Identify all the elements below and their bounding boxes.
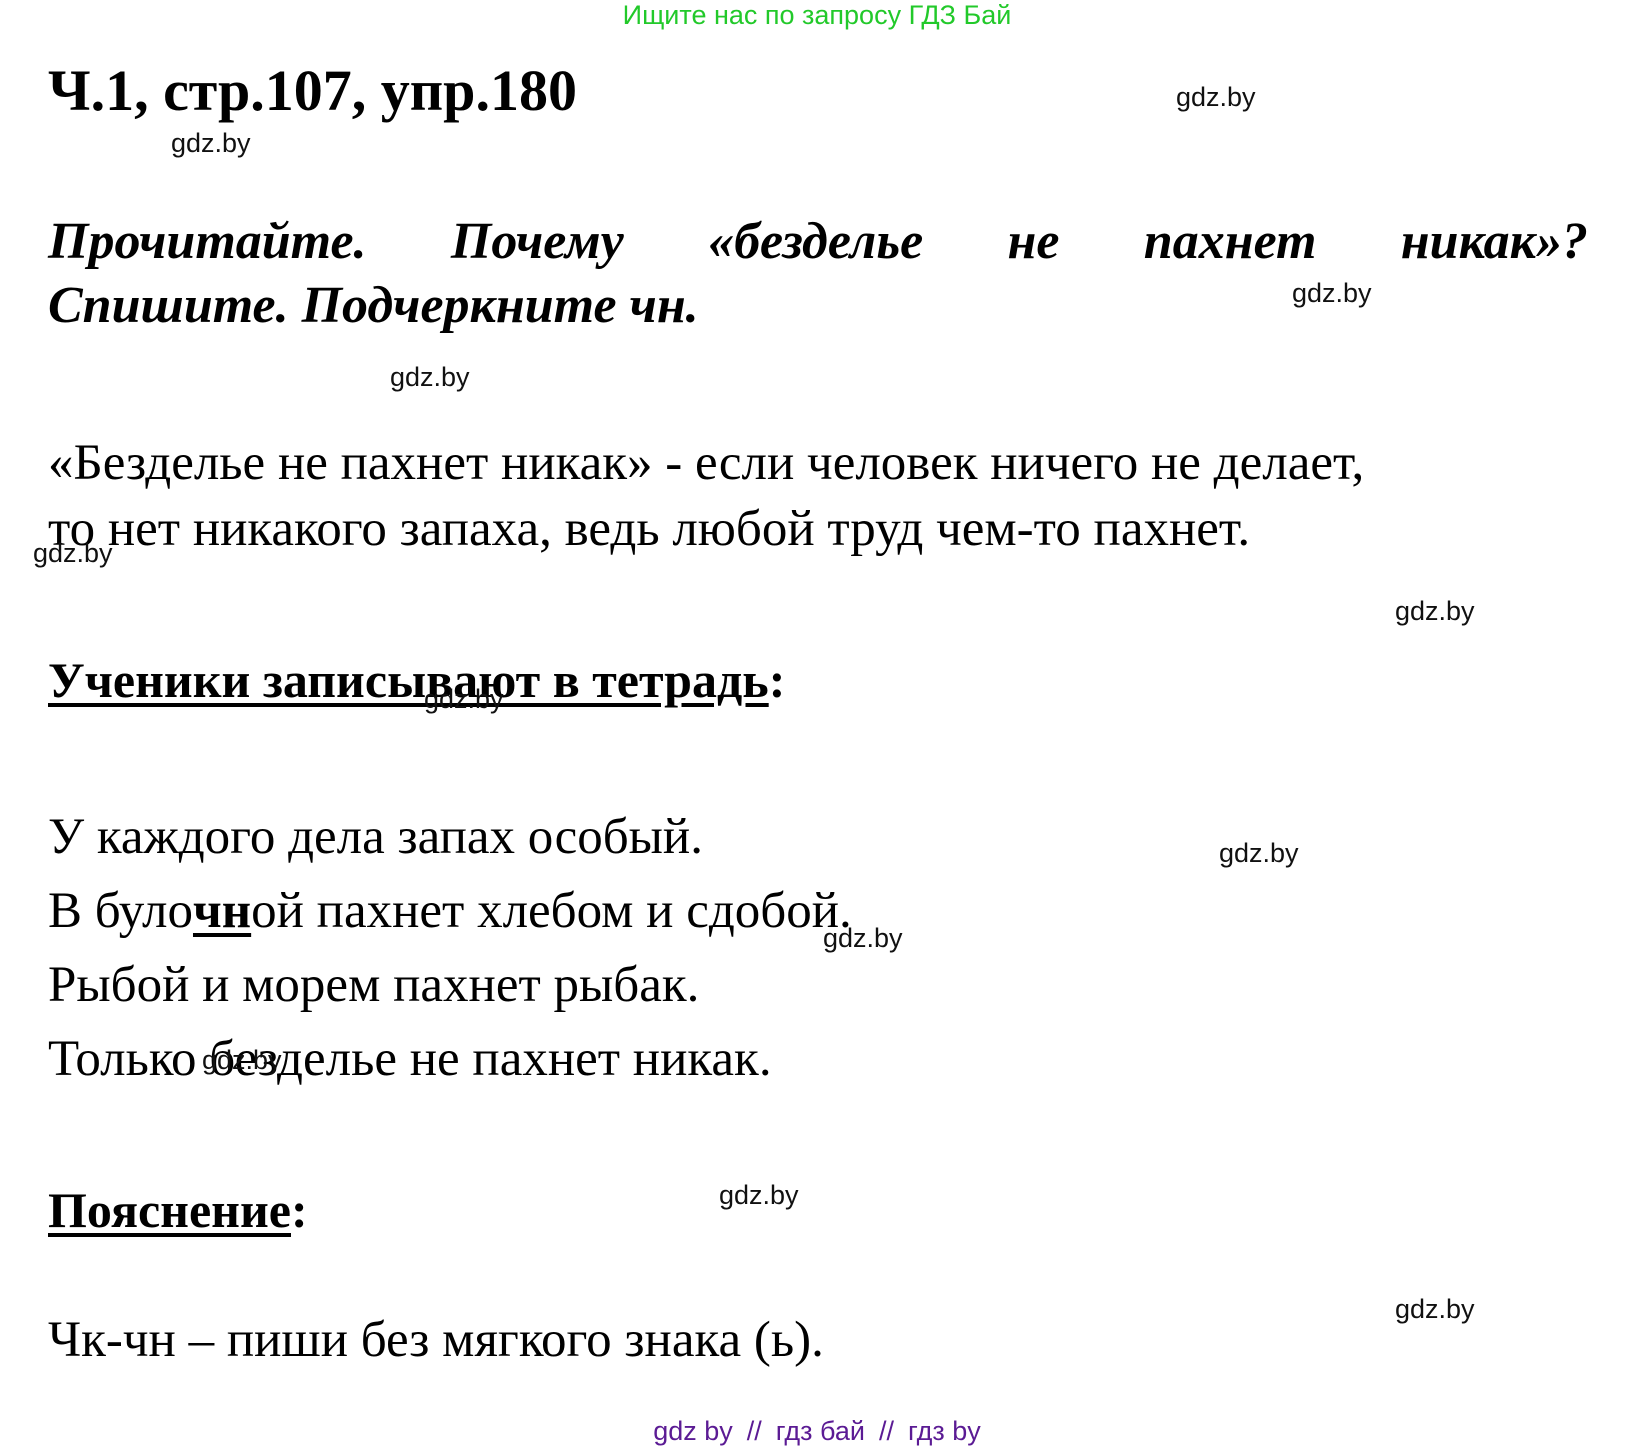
watermark: gdz.by — [33, 538, 113, 568]
footer-links: gdz by//гдз бай//гдз by — [0, 1416, 1634, 1446]
footer-link-gdz-by[interactable]: gdz by — [653, 1416, 733, 1446]
footer-link-gdz-by-cyr[interactable]: гдз by — [908, 1416, 981, 1446]
poem-line-2: В булочной пахнет хлебом и сдобой. — [48, 874, 852, 948]
explanation-heading-text: Пояснение — [48, 1182, 291, 1238]
poem: У каждого дела запах особый. В булочной … — [48, 800, 852, 1096]
answer-line-1: «Безделье не пахнет никак» - если челове… — [48, 430, 1598, 496]
notebook-heading-colon: : — [769, 652, 786, 708]
watermark: gdz.by — [1219, 838, 1299, 868]
watermark: gdz.by — [1292, 278, 1372, 308]
explanation-heading-colon: : — [291, 1182, 308, 1238]
search-hint-banner: Ищите нас по запросу ГДЗ Бай — [0, 0, 1634, 30]
task-instructions: Прочитайте. Почему «безделье не пахнет н… — [48, 210, 1588, 338]
poem-line-4: Только безделье не пахнет никак. — [48, 1022, 852, 1096]
answer-paragraph: «Безделье не пахнет никак» - если челове… — [48, 430, 1598, 562]
poem-line-3: Рыбой и морем пахнет рыбак. — [48, 948, 852, 1022]
watermark: gdz.by — [1395, 596, 1475, 626]
spelling-rule: Чк-чн – пиши без мягкого знака (ь). — [48, 1310, 824, 1370]
notebook-heading: Ученики записывают в тетрадь: — [48, 650, 785, 710]
task-line-1: Прочитайте. Почему «безделье не пахнет н… — [48, 210, 1588, 274]
watermark: gdz.by — [719, 1180, 799, 1210]
watermark: gdz.by — [171, 128, 251, 158]
underlined-chn: чн — [193, 883, 251, 939]
footer-separator: // — [747, 1416, 762, 1446]
poem-line-1: У каждого дела запах особый. — [48, 800, 852, 874]
page-title: Ч.1, стр.107, упр.180 — [48, 56, 577, 126]
footer-link-gdz-bai[interactable]: гдз бай — [776, 1416, 865, 1446]
footer-separator: // — [879, 1416, 894, 1446]
watermark: gdz.by — [390, 362, 470, 392]
watermark: gdz.by — [1176, 82, 1256, 112]
poem-line-2-start: В було — [48, 883, 193, 939]
watermark: gdz.by — [1395, 1294, 1475, 1324]
answer-line-2: то нет никакого запаха, ведь любой труд … — [48, 496, 1598, 562]
watermark: gdz.by — [202, 1045, 282, 1075]
notebook-heading-text: Ученики записывают в тетрадь — [48, 652, 769, 708]
watermark: gdz.by — [823, 923, 903, 953]
watermark: gdz.by — [424, 684, 504, 714]
explanation-heading: Пояснение: — [48, 1180, 308, 1240]
poem-line-2-end: ой пахнет хлебом и сдобой. — [251, 883, 852, 939]
